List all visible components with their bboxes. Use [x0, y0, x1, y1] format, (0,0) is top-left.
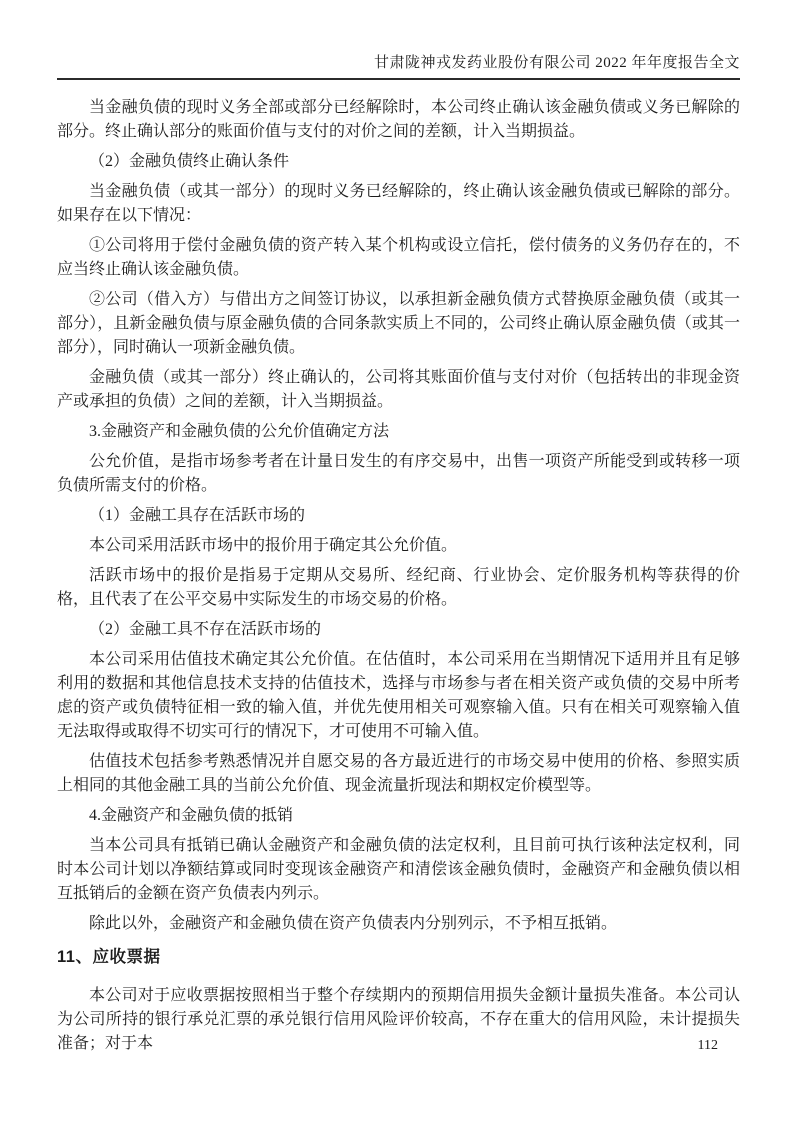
paragraph-derecognition-difference: 金融负债（或其一部分）终止确认的，公司将其账面价值与支付对价（包括转出的非现金资… — [57, 366, 740, 414]
document-page: 甘肃陇神戎发药业股份有限公司 2022 年年度报告全文 当金融负债的现时义务全部… — [0, 0, 793, 1122]
paragraph-condition-1: ①公司将用于偿付金融负债的资产转入某个机构或设立信托，偿付债务的义务仍存在的，不… — [57, 234, 740, 282]
subheading-offsetting: 4.金融资产和金融负债的抵销 — [57, 804, 740, 828]
paragraph-active-market-definition: 活跃市场中的报价是指易于定期从交易所、经纪商、行业协会、定价服务机构等获得的价格… — [57, 564, 740, 612]
header-divider — [57, 78, 740, 80]
paragraph-derecognition-liability: 当金融负债的现时义务全部或部分已经解除时，本公司终止确认该金融负债或义务已解除的… — [57, 96, 740, 144]
paragraph-offsetting-conditions: 当本公司具有抵销已确认金融资产和金融负债的法定权利，且目前可执行该种法定权利，同… — [57, 834, 740, 906]
section-heading-notes-receivable: 11、应收票据 — [57, 945, 740, 969]
paragraph-valuation-technique-examples: 估值技术包括参考熟悉情况并自愿交易的各方最近进行的市场交易中使用的价格、参照实质… — [57, 750, 740, 798]
paragraph-active-market-quote: 本公司采用活跃市场中的报价用于确定其公允价值。 — [57, 534, 740, 558]
paragraph-condition-2: ②公司（借入方）与借出方之间签订协议，以承担新金融负债方式替换原金融负债（或其一… — [57, 288, 740, 360]
page-number: 112 — [0, 1038, 718, 1054]
page-header-title: 甘肃陇神戎发药业股份有限公司 2022 年年度报告全文 — [57, 53, 740, 73]
subheading-active-market-exists: （1）金融工具存在活跃市场的 — [57, 504, 740, 528]
paragraph-no-offsetting: 除此以外，金融资产和金融负债在资产负债表内分别列示，不予相互抵销。 — [57, 912, 740, 936]
subheading-no-active-market: （2）金融工具不存在活跃市场的 — [57, 618, 740, 642]
document-body: 当金融负债的现时义务全部或部分已经解除时，本公司终止确认该金融负债或义务已解除的… — [57, 96, 740, 1062]
paragraph-fair-value-definition: 公允价值，是指市场参考者在计量日发生的有序交易中，出售一项资产所能受到或转移一项… — [57, 450, 740, 498]
subheading-liability-derecognition-conditions: （2）金融负债终止确认条件 — [57, 150, 740, 174]
subheading-fair-value-method: 3.金融资产和金融负债的公允价值确定方法 — [57, 420, 740, 444]
paragraph-valuation-technique: 本公司采用估值技术确定其公允价值。在估值时，本公司采用在当期情况下适用并且有足够… — [57, 648, 740, 744]
paragraph-liability-released: 当金融负债（或其一部分）的现时义务已经解除的，终止确认该金融负债或已解除的部分。… — [57, 180, 740, 228]
